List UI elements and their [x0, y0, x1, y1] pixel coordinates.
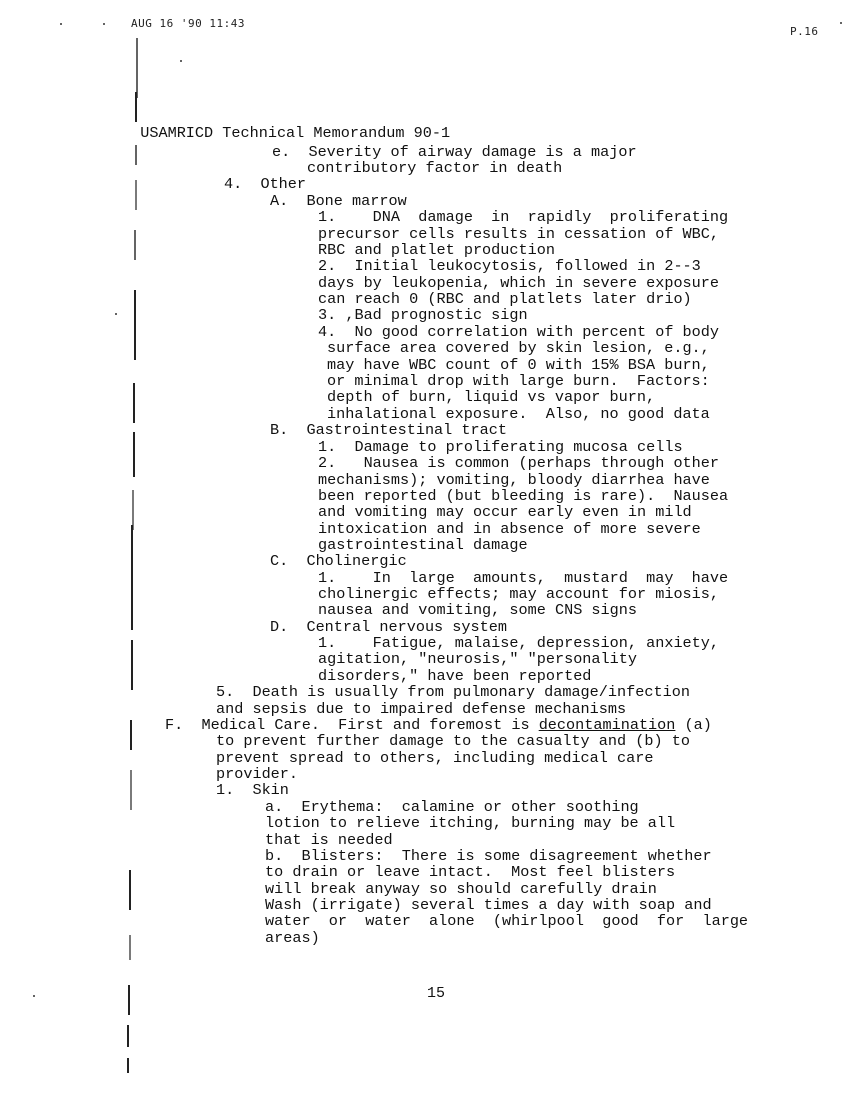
document-title-text: USAMRICD Technical Memorandum 90-1: [140, 124, 450, 142]
margin-change-bar: [130, 770, 132, 810]
margin-change-bar: [135, 145, 137, 165]
text-line: contributory factor in death: [307, 160, 562, 176]
text-line: D. Central nervous system: [270, 619, 507, 635]
margin-change-bar: [133, 383, 135, 423]
text-line: may have WBC count of 0 with 15% BSA bur…: [327, 357, 710, 373]
text-line: RBC and platlet production: [318, 242, 555, 258]
scan-mark: [103, 23, 105, 25]
text-line: 3. ,Bad prognostic sign: [318, 307, 528, 323]
text-line: 1. Damage to proliferating mucosa cells: [318, 439, 683, 455]
fax-page-number: P.16: [790, 25, 819, 38]
scan-mark: [115, 313, 117, 315]
text-line: 4. Other: [224, 176, 306, 192]
text-line: water or water alone (whirlpool good for…: [265, 913, 748, 929]
text-line: precursor cells results in cessation of …: [318, 226, 719, 242]
text-line: 1. Skin: [216, 782, 289, 798]
text-line: F. Medical Care. First and foremost is d…: [165, 717, 712, 733]
document-title: USAMRICD Technical Memorandum 90-1: [122, 109, 450, 142]
text-line: nausea and vomiting, some CNS signs: [318, 602, 637, 618]
margin-change-bar: [129, 935, 131, 960]
text-line: 1. Fatigue, malaise, depression, anxiety…: [318, 635, 719, 651]
text-line: 4. No good correlation with percent of b…: [318, 324, 719, 340]
margin-change-bar: [131, 525, 133, 630]
text-line: 5. Death is usually from pulmonary damag…: [216, 684, 690, 700]
text-line: B. Gastrointestinal tract: [270, 422, 507, 438]
text-line: to drain or leave intact. Most feel blis…: [265, 864, 675, 880]
text-line: C. Cholinergic: [270, 553, 407, 569]
text-line: prevent spread to others, including medi…: [216, 750, 653, 766]
text-line: and sepsis due to impaired defense mecha…: [216, 701, 626, 717]
text-line: intoxication and in absence of more seve…: [318, 521, 701, 537]
text-line: can reach 0 (RBC and platlets later drio…: [318, 291, 692, 307]
text-line: been reported (but bleeding is rare). Na…: [318, 488, 728, 504]
margin-change-bar: [129, 870, 131, 910]
text-line: agitation, "neurosis," "personality: [318, 651, 637, 667]
text-line: days by leukopenia, which in severe expo…: [318, 275, 719, 291]
margin-change-bar: [132, 490, 134, 530]
text-line: 1. In large amounts, mustard may have: [318, 570, 728, 586]
text-line: and vomiting may occur early even in mil…: [318, 504, 692, 520]
text-line: Wash (irrigate) several times a day with…: [265, 897, 712, 913]
page-number: 15: [427, 985, 445, 1002]
text-line: disorders," have been reported: [318, 668, 591, 684]
text-line: or minimal drop with large burn. Factors…: [327, 373, 710, 389]
text-line: mechanisms); vomiting, bloody diarrhea h…: [318, 472, 710, 488]
text-line: cholinergic effects; may account for mio…: [318, 586, 719, 602]
margin-change-bar: [136, 38, 138, 98]
text-line: will break anyway so should carefully dr…: [265, 881, 657, 897]
scan-mark: [60, 23, 62, 25]
scan-mark: [33, 995, 35, 997]
text-line: e. Severity of airway damage is a major: [272, 144, 637, 160]
text-line: provider.: [216, 766, 298, 782]
margin-change-bar: [128, 985, 130, 1015]
fax-timestamp: AUG 16 '90 11:43: [131, 17, 245, 30]
text-line: a. Erythema: calamine or other soothing: [265, 799, 639, 815]
text-line: b. Blisters: There is some disagreement …: [265, 848, 712, 864]
text-line: 2. Nausea is common (perhaps through oth…: [318, 455, 719, 471]
text-line: areas): [265, 930, 320, 946]
margin-change-bar: [133, 432, 135, 477]
margin-change-bar: [127, 1025, 129, 1047]
text-line: that is needed: [265, 832, 393, 848]
margin-change-bar: [135, 180, 137, 210]
margin-change-bar: [127, 1058, 129, 1073]
text-line: to prevent further damage to the casualt…: [216, 733, 690, 749]
scan-mark: [180, 60, 182, 62]
margin-change-bar: [134, 230, 136, 260]
text-line: gastrointestinal damage: [318, 537, 528, 553]
text-line: lotion to relieve itching, burning may b…: [265, 815, 675, 831]
text-line: inhalational exposure. Also, no good dat…: [327, 406, 710, 422]
margin-change-bar: [131, 640, 133, 690]
text-line: surface area covered by skin lesion, e.g…: [327, 340, 710, 356]
margin-change-bar: [130, 720, 132, 750]
text-line: 1. DNA damage in rapidly proliferating: [318, 209, 728, 225]
scan-mark: [840, 22, 842, 24]
text-line: depth of burn, liquid vs vapor burn,: [327, 389, 655, 405]
margin-change-bar: [134, 290, 136, 360]
text-line: A. Bone marrow: [270, 193, 407, 209]
text-line: 2. Initial leukocytosis, followed in 2--…: [318, 258, 701, 274]
